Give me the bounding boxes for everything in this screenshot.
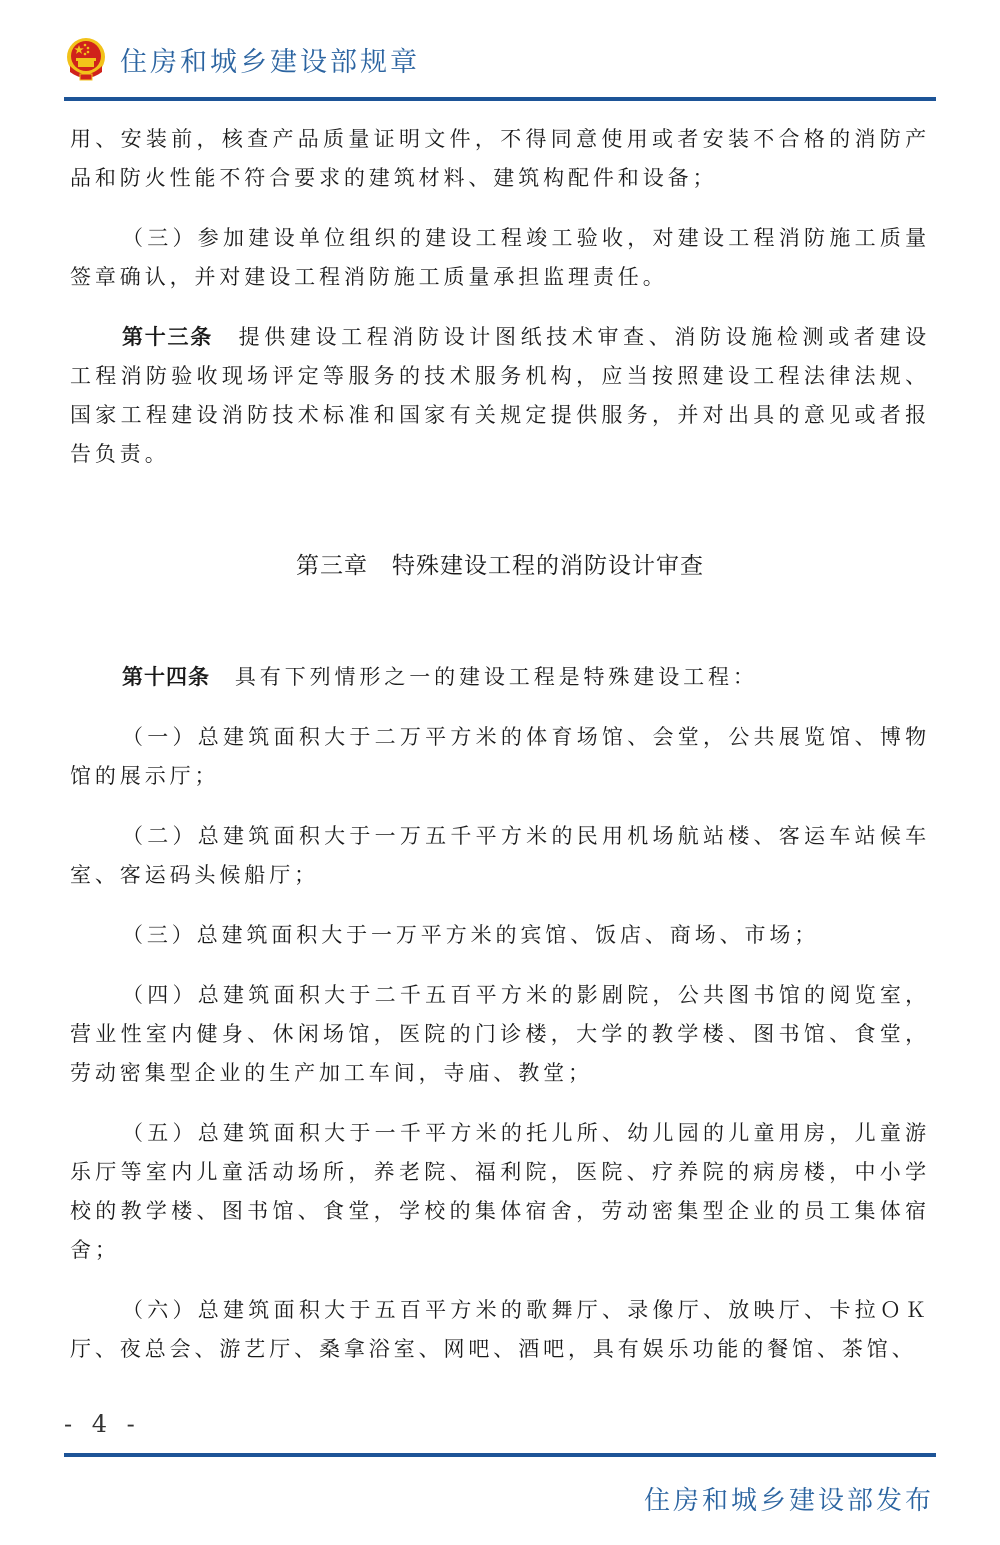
list-item: （一）总建筑面积大于二万平方米的体育场馆、会堂，公共展览馆、博物馆的展示厅； [70,718,930,796]
list-item: （四）总建筑面积大于二千五百平方米的影剧院，公共图书馆的阅览室，营业性室内健身、… [70,976,930,1093]
paragraph: （三）参加建设单位组织的建设工程竣工验收，对建设工程消防施工质量签章确认，并对建… [70,219,930,297]
list-item: （六）总建筑面积大于五百平方米的歌舞厅、录像厅、放映厅、卡拉ＯＫ厅、夜总会、游艺… [70,1291,930,1369]
footer-publisher: 住房和城乡建设部发布 [644,1480,934,1517]
page-header: 住房和城乡建设部规章 [64,34,936,100]
list-item: （五）总建筑面积大于一千平方米的托儿所、幼儿园的儿童用房，儿童游乐厅等室内儿童活… [70,1114,930,1270]
page-number: - 4 - [64,1410,141,1438]
national-emblem-icon [64,36,108,82]
chapter-heading: 第三章 特殊建设工程的消防设计审查 [70,546,930,586]
article-label: 第十三条 [122,325,213,349]
list-item: （二）总建筑面积大于一万五千平方米的民用机场航站楼、客运车站候车室、客运码头候船… [70,817,930,895]
article-13: 第十三条 提供建设工程消防设计图纸技术审查、消防设施检测或者建设工程消防验收现场… [70,318,930,474]
list-item: （三）总建筑面积大于一万平方米的宾馆、饭店、商场、市场； [70,916,930,955]
paragraph: 用、安装前，核查产品质量证明文件，不得同意使用或者安装不合格的消防产品和防火性能… [70,120,930,198]
article-text: 具有下列情形之一的建设工程是特殊建设工程： [235,665,758,689]
header-divider [64,97,936,101]
article-14: 第十四条 具有下列情形之一的建设工程是特殊建设工程： [70,658,930,697]
header-title: 住房和城乡建设部规章 [120,40,420,79]
footer-divider [64,1453,936,1457]
document-body: 用、安装前，核查产品质量证明文件，不得同意使用或者安装不合格的消防产品和防火性能… [70,120,930,1369]
article-label: 第十四条 [122,665,210,689]
